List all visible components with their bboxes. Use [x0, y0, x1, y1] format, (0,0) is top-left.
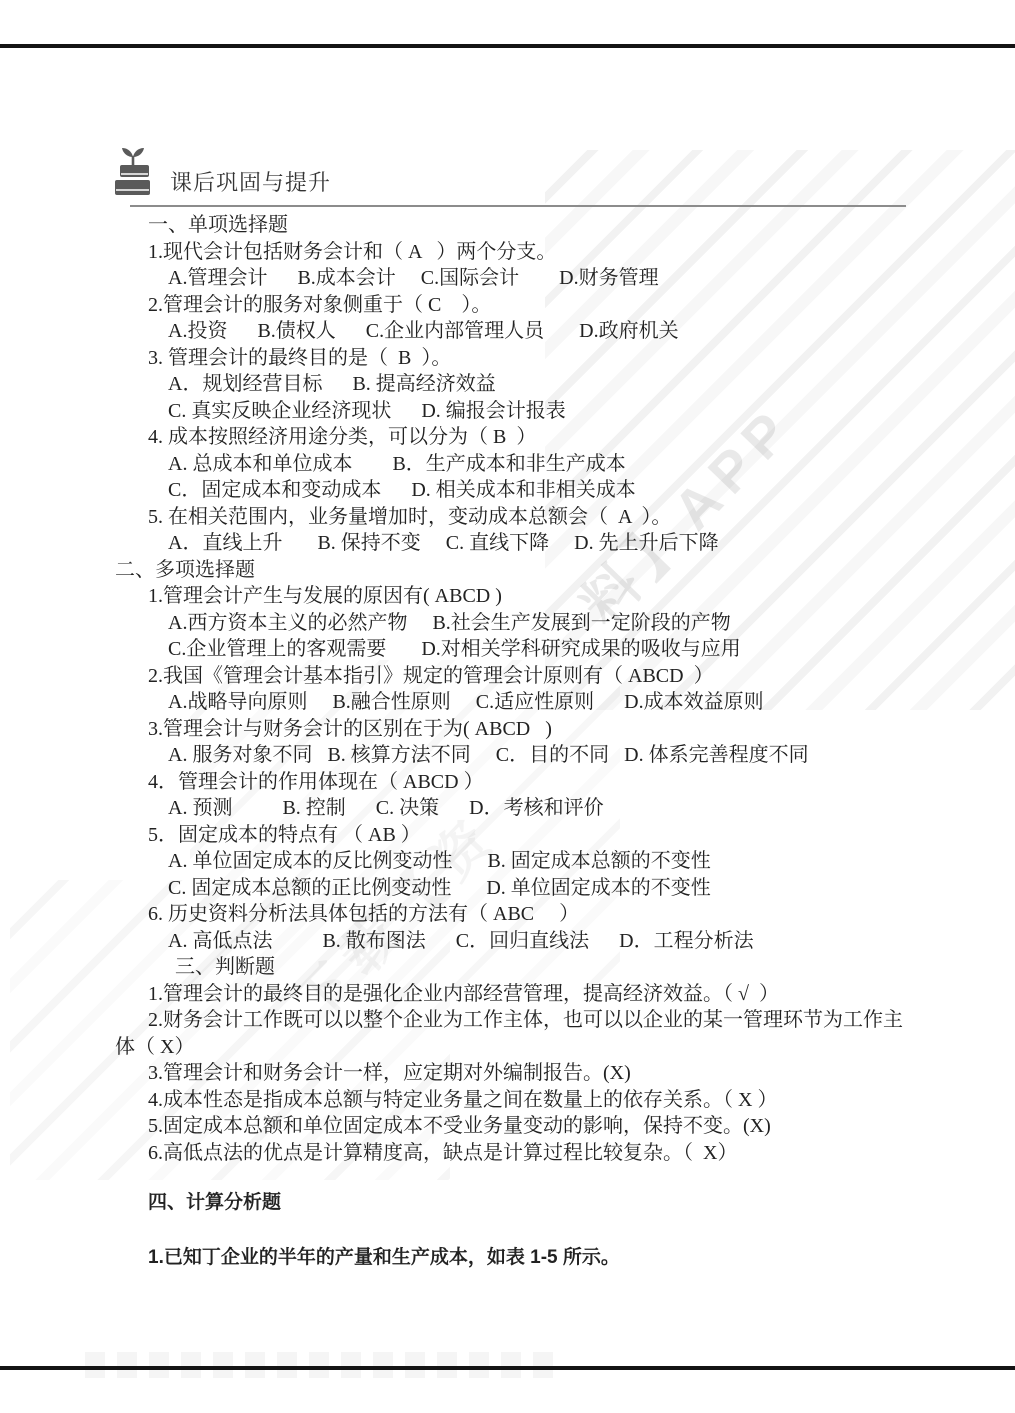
text-line: 2.我国《管理会计基本指引》规定的管理会计原则有（ ABCD ） — [148, 663, 925, 690]
text-line: A. 预测 B. 控制 C. 决策 D．考核和评价 — [168, 795, 925, 822]
text-line: C. 真实反映企业经济现状 D. 编报会计报表 — [168, 398, 925, 425]
text-line: 二、多项选择题 — [115, 557, 925, 584]
text-line: 1.管理会计产生与发展的原因有( ABCD ) — [148, 583, 925, 610]
text-line: A. 高低点法 B. 散布图法 C．回归直线法 D．工程分析法 — [168, 928, 925, 955]
text-line: A. 单位固定成本的反比例变动性 B. 固定成本总额的不变性 — [168, 848, 925, 875]
text-line: 1.已知丁企业的半年的产量和生产成本，如表 1-5 所示。 — [148, 1245, 925, 1272]
text-line: 5.固定成本总额和单位固定成本不受业务量变动的影响，保持不变。(X) — [148, 1113, 925, 1140]
footer-ghost-text — [85, 1352, 565, 1378]
text-line: 三、判断题 — [175, 954, 925, 981]
text-line: 4．管理会计的作用体现在（ ABCD ） — [148, 769, 925, 796]
text-line: 一、单项选择题 — [148, 212, 925, 239]
document-body: 一、单项选择题1.现代会计包括财务会计和（ A ）两个分支。A.管理会计 B.成… — [115, 212, 925, 1271]
text-line: A.管理会计 B.成本会计 C.国际会计 D.财务管理 — [168, 265, 925, 292]
text-line: 4. 成本按照经济用途分类，可以分为（ B ） — [148, 424, 925, 451]
text-line: 3.管理会计和财务会计一样，应定期对外编制报告。(X) — [148, 1060, 925, 1087]
text-line: A. 总成本和单位成本 B．生产成本和非生产成本 — [168, 451, 925, 478]
text-line: 体（ X） — [115, 1034, 925, 1061]
text-line: A．直线上升 B. 保持不变 C. 直线下降 D. 先上升后下降 — [168, 530, 925, 557]
text-line: C．固定成本和变动成本 D. 相关成本和非相关成本 — [168, 477, 925, 504]
text-line: 5. 在相关范围内，业务量增加时，变动成本总额会（ A ）。 — [148, 504, 925, 531]
text-line: 2.管理会计的服务对象侧重于（ C ）。 — [148, 292, 925, 319]
text-line: 1.管理会计的最终目的是强化企业内部经营管理，提高经济效益。（ √ ） — [148, 981, 925, 1008]
books-sprout-icon — [112, 144, 154, 200]
top-divider — [0, 44, 1015, 48]
page-title: 课后巩固与提升 — [170, 166, 331, 197]
text-line: 1.现代会计包括财务会计和（ A ）两个分支。 — [148, 239, 925, 266]
text-line: 3. 管理会计的最终目的是（ B ）。 — [148, 345, 925, 372]
page: 料】APP 下载【资 课后巩固与提升 一、单项选择题1.现代会计包括财务会计和（… — [0, 0, 1015, 1413]
text-line: A．规划经营目标 B. 提高经济效益 — [168, 371, 925, 398]
text-line: 6.高低点法的优点是计算精度高，缺点是计算过程比较复杂。（ X） — [148, 1140, 925, 1167]
bottom-divider — [0, 1366, 1015, 1370]
text-line: A.西方资本主义的必然产物 B.社会生产发展到一定阶段的产物 — [168, 610, 925, 637]
text-line: 4.成本性态是指成本总额与特定业务量之间在数量上的依存关系。（ X ） — [148, 1087, 925, 1114]
text-line: 2.财务会计工作既可以以整个企业为工作主体，也可以以企业的某一管理环节为工作主 — [148, 1007, 925, 1034]
text-line: 3.管理会计与财务会计的区别在于为( ABCD ) — [148, 716, 925, 743]
text-line: A.战略导向原则 B.融合性原则 C.适应性原则 D.成本效益原则 — [168, 689, 925, 716]
header-underline — [130, 205, 906, 207]
text-line: 四、计算分析题 — [148, 1190, 925, 1217]
text-line: 5．固定成本的特点有 （ AB ） — [148, 822, 925, 849]
text-line: C. 固定成本总额的正比例变动性 D. 单位固定成本的不变性 — [168, 875, 925, 902]
text-line: C.企业管理上的客观需要 D.对相关学科研究成果的吸收与应用 — [168, 636, 925, 663]
text-line: A.投资 B.债权人 C.企业内部管理人员 D.政府机关 — [168, 318, 925, 345]
text-line: 6. 历史资料分析法具体包括的方法有（ ABC ） — [148, 901, 925, 928]
text-line: A. 服务对象不同 B. 核算方法不同 C．目的不同 D. 体系完善程度不同 — [168, 742, 925, 769]
